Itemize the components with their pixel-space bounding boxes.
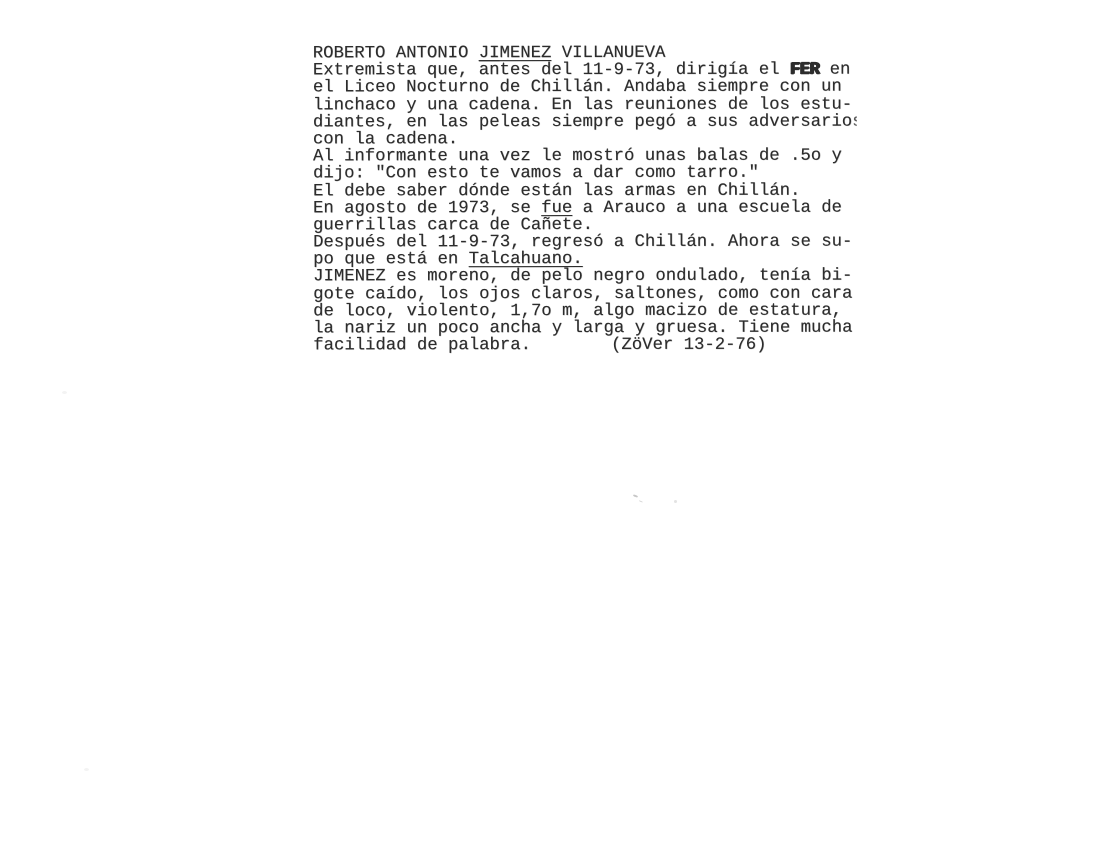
body-text: diantes, en las peleas siempre pegó a su…	[313, 112, 852, 132]
scan-artifact	[674, 500, 677, 503]
typewritten-text-block: ROBERTO ANTONIO JIMENEZ VILLANUEVA Extre…	[313, 45, 865, 355]
text-line: JIMENEZ es moreno, de pelo negro ondulad…	[313, 268, 865, 286]
text-line: Al informante una vez le mostró unas bal…	[313, 148, 865, 166]
footer-line: facilidad de palabra.(ZöVer 13-2-76)	[313, 337, 865, 355]
body-text: en	[819, 61, 850, 80]
text-line: la nariz un poco ancha y larga y gruesa.…	[313, 320, 865, 338]
clipped-character: s	[852, 113, 862, 130]
body-text: a Arauco a una escuela de	[572, 198, 842, 217]
body-text: facilidad de palabra.	[313, 336, 531, 355]
text-line: diantes, en las peleas siempre pegó a su…	[313, 113, 865, 131]
text-line: po que está en Talcahuano.	[313, 251, 865, 269]
text-line: dijo: "Con esto te vamos a dar como tarr…	[313, 165, 865, 183]
text-line: con la cadena.	[313, 131, 865, 149]
text-line: guerrillas carca de Cañete.	[313, 216, 865, 234]
source-reference: (ZöVer 13-2-76)	[611, 336, 767, 355]
text-line: En agosto de 1973, se fue a Arauco a una…	[313, 199, 865, 217]
scan-artifact	[62, 391, 67, 394]
underlined-word: fue	[541, 199, 572, 218]
text-line: de loco, violento, 1,7o m, algo macizo d…	[313, 302, 865, 320]
scanned-document-page: ROBERTO ANTONIO JIMENEZ VILLANUEVA Extre…	[0, 0, 1100, 850]
text-line: Después del 11-9-73, regresó a Chillán. …	[313, 234, 865, 252]
scan-artifact	[633, 494, 638, 498]
text-line: Extremista que, antes del 11-9-73, dirig…	[313, 62, 865, 80]
text-line: El debe saber dónde están las armas en C…	[313, 182, 865, 200]
text-line: gote caído, los ojos claros, saltones, c…	[313, 285, 865, 303]
text-line: el Liceo Nocturno de Chillán. Andaba sie…	[313, 79, 865, 97]
text-line: linchaco y una cadena. En las reuniones …	[313, 96, 865, 114]
overstruck-word: FER	[790, 61, 819, 80]
overlined-chars: an	[479, 61, 500, 80]
scan-artifact	[84, 768, 89, 771]
